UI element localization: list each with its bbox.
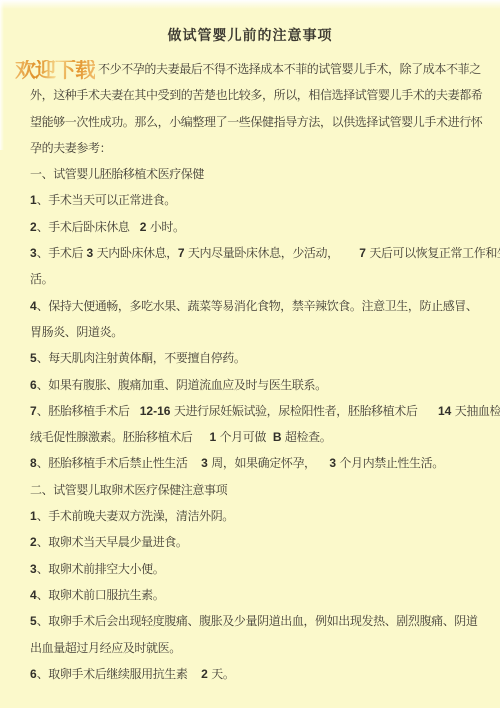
line-text: 望能够一次性成功。那么，小编整理了一些保健指导方法，以供选择试管婴儿手术进行怀 — [30, 115, 482, 129]
line-text: 出血量超过月经应及时就医。 — [30, 641, 181, 655]
list-item-line: 4、取卵术前口服抗生素。 — [30, 582, 480, 608]
list-item-line: 4、保持大便通畅，多吃水果、蔬菜等易消化食物，禁辛辣饮食。注意卫生，防止感冒、 — [30, 293, 480, 319]
list-item-line: 6、取卵手术后继续服用抗生素 2 天。 — [30, 661, 480, 687]
list-item-line: 胃肠炎、阴道炎。 — [30, 319, 480, 345]
line-text: 4、取卵术前口服抗生素。 — [30, 588, 164, 602]
list-item-line: 出血量超过月经应及时就医。 — [30, 635, 480, 661]
list-item-line: 7、胚胎移植手术后 12-16 天进行尿妊娠试验，尿检阳性者，胚胎移植术后 14… — [30, 398, 480, 424]
page-top-fade — [0, 0, 500, 9]
line-text: 7、胚胎移植手术后 12-16 天进行尿妊娠试验，尿检阳性者，胚胎移植术后 14… — [30, 404, 500, 418]
intro-line: 望能够一次性成功。那么，小编整理了一些保健指导方法，以供选择试管婴儿手术进行怀 — [30, 109, 480, 135]
line-text: 一、试管婴儿胚胎移植术医疗保健 — [30, 167, 204, 181]
line-text: 4、保持大便通畅，多吃水果、蔬菜等易消化食物，禁辛辣饮食。注意卫生，防止感冒、 — [30, 299, 478, 313]
line-text: 2、手术后卧床休息 2 小时。 — [30, 220, 185, 234]
watermark-welcome-download: 欢迎下载 — [15, 60, 95, 81]
page-left-edge-fade — [0, 0, 4, 150]
list-item-line: 3、取卵术前排空大小便。 — [30, 556, 480, 582]
list-item-line: 3、手术后 3 天内卧床休息，7 天内尽量卧床休息，少活动， 7 天后可以恢复正… — [30, 240, 480, 266]
intro-line: 外，这种手术夫妻在其中受到的苦楚也比较多，所以，相信选择试管婴儿手术的夫妻都希 — [30, 82, 480, 108]
page-title: 做试管婴儿前的注意事项 — [0, 27, 500, 45]
line-text: 不少不孕的夫妻最后不得不选择成本不菲的试管婴儿手术，除了成本不菲之 — [98, 62, 481, 76]
line-text: 6、取卵手术后继续服用抗生素 2 天。 — [30, 667, 234, 681]
document-page: 做试管婴儿前的注意事项 欢迎下载不少不孕的夫妻最后不得不选择成本不菲的试管婴儿手… — [0, 0, 500, 708]
list-item-line: 活。 — [30, 266, 480, 292]
intro-line: 孕的夫妻参考： — [30, 135, 480, 161]
list-item-line: 1、手术前晚夫妻双方洗澡，清洁外阴。 — [30, 503, 480, 529]
list-item-line: 5、每天肌肉注射黄体酮，不要擅自停药。 — [30, 345, 480, 371]
document-body: 欢迎下载不少不孕的夫妻最后不得不选择成本不菲的试管婴儿手术，除了成本不菲之外，这… — [30, 56, 480, 687]
line-text: 3、取卵术前排空大小便。 — [30, 562, 164, 576]
line-text: 二、试管婴儿取卵术医疗保健注意事项 — [30, 483, 227, 497]
list-item-line: 5、取卵手术后会出现轻度腹痛、腹胀及少量阴道出血，例如出现发热、剧烈腹痛、阴道 — [30, 608, 480, 634]
list-item-line: 2、手术后卧床休息 2 小时。 — [30, 214, 480, 240]
line-text: 5、取卵手术后会出现轻度腹痛、腹胀及少量阴道出血，例如出现发热、剧烈腹痛、阴道 — [30, 614, 478, 628]
list-item-line: 8、胚胎移植手术后禁止性生活 3 周，如果确定怀孕， 3 个月内禁止性生活。 — [30, 450, 480, 476]
line-text: 8、胚胎移植手术后禁止性生活 3 周，如果确定怀孕， 3 个月内禁止性生活。 — [30, 456, 444, 470]
line-text: 胃肠炎、阴道炎。 — [30, 325, 123, 339]
line-text: 孕的夫妻参考： — [30, 141, 111, 155]
list-item-line: 6、如果有腹胀、腹痛加重、阴道流血应及时与医生联系。 — [30, 372, 480, 398]
line-text: 活。 — [30, 272, 53, 286]
line-text: 5、每天肌肉注射黄体酮，不要擅自停药。 — [30, 351, 246, 365]
section-heading: 一、试管婴儿胚胎移植术医疗保健 — [30, 161, 480, 187]
line-text: 6、如果有腹胀、腹痛加重、阴道流血应及时与医生联系。 — [30, 378, 327, 392]
list-item-line: 绒毛促性腺激素。胚胎移植术后 1 个月可做 B 超检查。 — [30, 424, 480, 450]
line-text: 绒毛促性腺激素。胚胎移植术后 1 个月可做 B 超检查。 — [30, 430, 331, 444]
line-text: 2、取卵术当天早晨少量进食。 — [30, 535, 188, 549]
list-item-line: 2、取卵术当天早晨少量进食。 — [30, 529, 480, 555]
line-text: 1、手术前晚夫妻双方洗澡，清洁外阴。 — [30, 509, 234, 523]
list-item-line: 1、手术当天可以正常进食。 — [30, 187, 480, 213]
line-text: 3、手术后 3 天内卧床休息，7 天内尽量卧床休息，少活动， 7 天后可以恢复正… — [30, 246, 500, 260]
section-heading: 二、试管婴儿取卵术医疗保健注意事项 — [30, 477, 480, 503]
intro-line: 欢迎下载不少不孕的夫妻最后不得不选择成本不菲的试管婴儿手术，除了成本不菲之 — [30, 56, 480, 82]
line-text: 1、手术当天可以正常进食。 — [30, 193, 176, 207]
line-text: 外，这种手术夫妻在其中受到的苦楚也比较多，所以，相信选择试管婴儿手术的夫妻都希 — [30, 88, 482, 102]
